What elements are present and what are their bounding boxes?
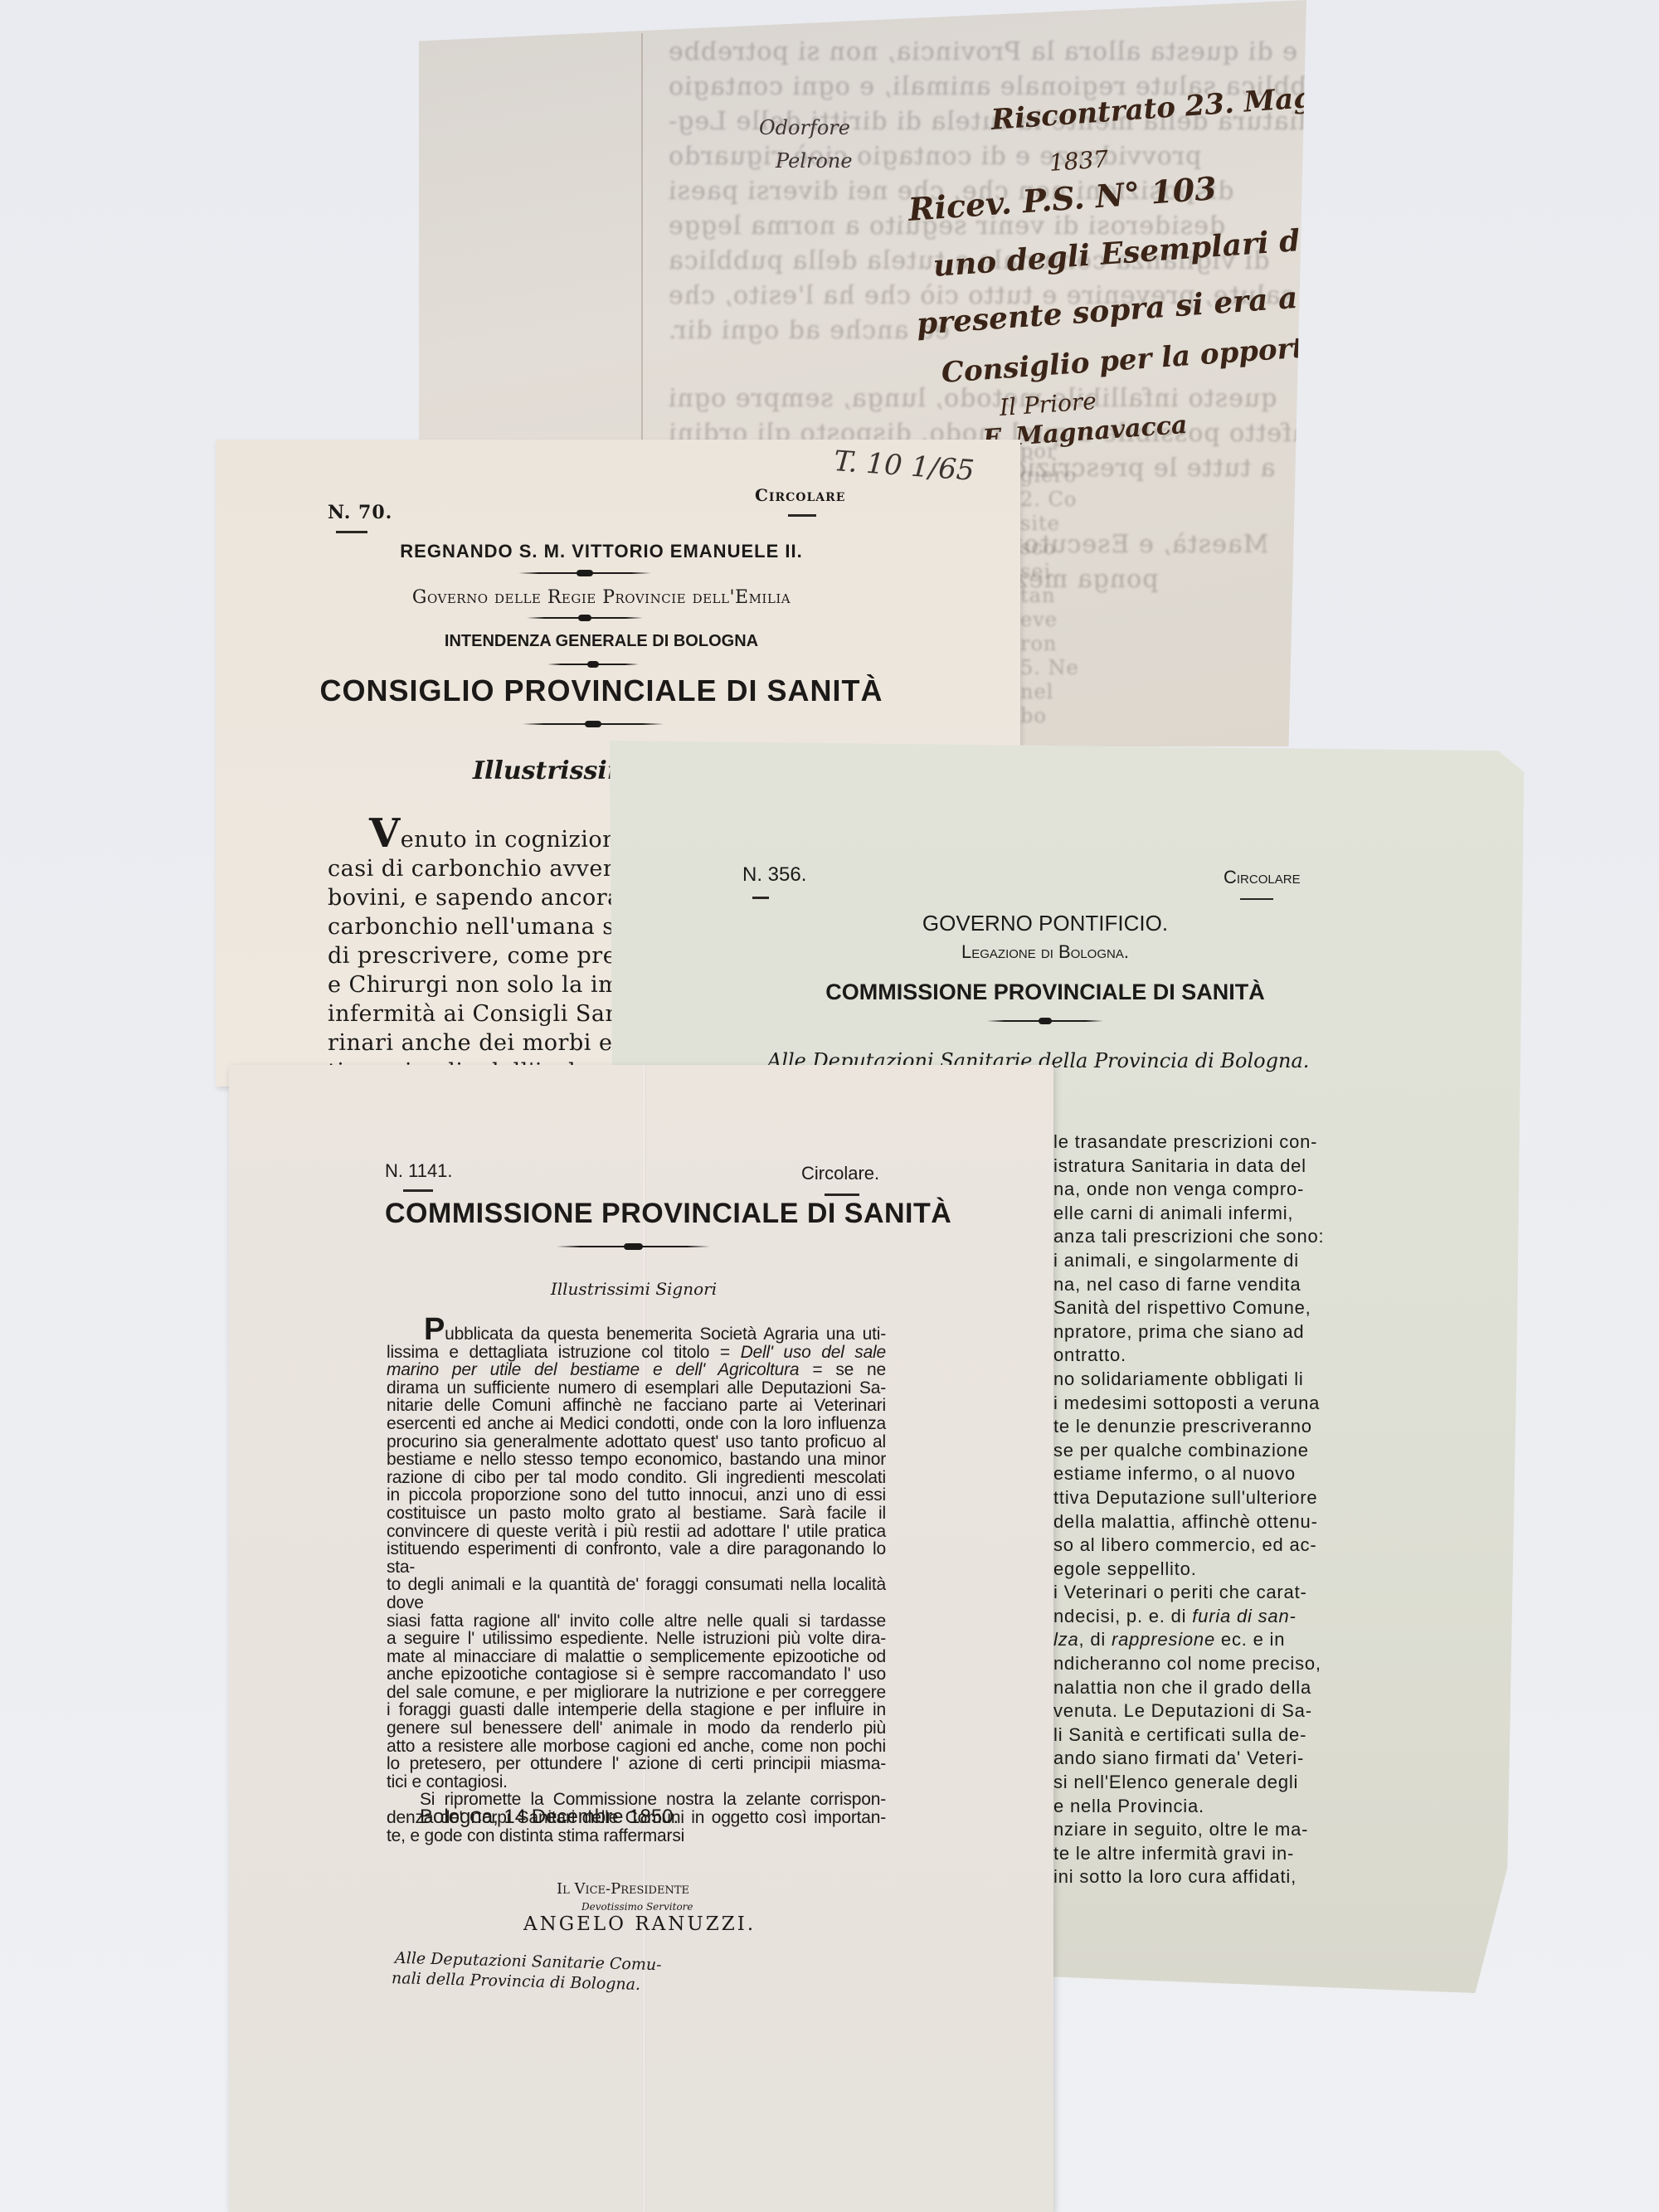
signatory-role: Il Vice-Presidente [557, 1880, 689, 1898]
text-line: istituendo esperimenti di confronto, val… [387, 1540, 886, 1576]
place-and-date: Bologna, 14 Decembre 1850. [420, 1806, 679, 1829]
text-line: Sanità del rispettivo Comune, [1053, 1296, 1335, 1320]
reign-heading: REGNANDO S. M. VITTORIO EMANUELE II. [216, 541, 987, 562]
commission-title: COMMISSIONE PROVINCIALE DI SANITÀ [385, 1198, 883, 1230]
annotation-small-2: Pelrone [776, 149, 853, 173]
text-line: na, nel caso di farne vendita [1053, 1273, 1335, 1297]
bleed-through-fragment: sco [1020, 536, 1056, 559]
handwritten-year: 1837 [1048, 145, 1109, 177]
type-underline [1240, 898, 1273, 900]
text-line: convincere di queste verità i più restii… [387, 1523, 886, 1541]
number-underline [336, 531, 367, 533]
circular-number: N. 1141. [385, 1160, 453, 1182]
text-line: istratura Sanitaria in data del [1053, 1155, 1335, 1179]
text-line: del sale comune, e per migliorare la nut… [387, 1684, 886, 1702]
text-line: nitarie delle Comuni affinchè ne faccian… [387, 1397, 886, 1415]
text-line: atto a resistere alle morbose cagioni ed… [387, 1738, 886, 1756]
text-line: so al libero commercio, ed ac- [1053, 1534, 1335, 1558]
bleed-through-line: e di questa allora la Provincia, non si … [668, 37, 1297, 66]
text-line: dirama un sufficiente numero di esemplar… [387, 1379, 886, 1398]
bleed-through-fragment: eve [1020, 608, 1058, 631]
text-line: procurino sia generalmente adottato ques… [387, 1433, 886, 1451]
ornamental-rule [518, 569, 651, 577]
number-underline [403, 1189, 433, 1192]
text-line: lza, di rappresione ec. e in [1053, 1628, 1335, 1652]
text-line: ndecisi, p. e. di furia di san- [1053, 1605, 1335, 1629]
text-line: ttiva Deputazione sull'ulteriore [1053, 1486, 1335, 1510]
text-line: te le altre infermità gravi in- [1053, 1842, 1335, 1866]
text-line: lissima e dettagliata istruzione col tit… [387, 1344, 886, 1362]
text-line: le trasandate prescrizioni con- [1053, 1130, 1335, 1155]
government-heading: GOVERNO PONTIFICIO. [610, 911, 1481, 936]
circular-type: Circolare [1224, 867, 1301, 888]
circular-number: N. 70. [328, 502, 392, 523]
text-line: ndicheranno col nome preciso, [1053, 1652, 1335, 1676]
text-line: se per qualche combinazione [1053, 1439, 1335, 1463]
bleed-through-fragment: ron [1020, 632, 1057, 655]
text-line: genere sul benessere dell' animale in mo… [387, 1719, 886, 1738]
bleed-through-line: ed anche ad ogni dir. [668, 316, 950, 345]
handwritten-line-5: Il Priore [999, 387, 1097, 421]
text-line: in piccola proporzione sono del tutto in… [387, 1486, 886, 1505]
text-line: i medesimi sottoposti a veruna [1053, 1392, 1335, 1416]
text-line: i Veterinari o periti che carat- [1053, 1581, 1335, 1605]
government-heading: Governo delle Regie Provincie dell'Emili… [216, 587, 987, 608]
text-line: costituisce un pasto molto grato al best… [387, 1505, 886, 1523]
text-line: i foraggi guasti dalle intemperie della … [387, 1701, 886, 1719]
text-line: razione di cibo per tal modo condito. Gl… [387, 1469, 886, 1487]
bleed-through-fragment: sei [1020, 560, 1051, 583]
number-underline [752, 897, 769, 899]
commission-title: COMMISSIONE PROVINCIALE DI SANITÀ [610, 980, 1481, 1005]
text-line: si nell'Elenco generale degli [1053, 1771, 1335, 1795]
text-line: li Sanità e certificati sulla de- [1053, 1723, 1335, 1748]
text-line: to degli animali e la quantità de' forag… [387, 1576, 886, 1612]
text-line: ini sotto la loro cura affidati, [1053, 1865, 1335, 1889]
bleed-through-fragment: site [1020, 512, 1060, 535]
type-underline [788, 514, 816, 517]
office-heading: INTENDENZA GENERALE DI BOLOGNA [216, 632, 987, 651]
bleed-through-fragment: nel [1020, 680, 1053, 703]
salutation: Illustrissimi Signori [385, 1279, 883, 1299]
text-line: mate al minacciare di malattie o semplic… [387, 1648, 886, 1666]
bleed-through-line: questo infallibile metodo, lunga, sempre… [668, 384, 1277, 413]
signatory-name: ANGELO RANUZZI. [523, 1913, 756, 1935]
ornamental-rule [557, 1242, 710, 1251]
handwritten-line-4: Consiglio per la opportuna [941, 327, 1306, 390]
text-line: venuta. Le Deputazioni di Sa- [1053, 1699, 1335, 1723]
ornamental-rule [547, 660, 639, 668]
text-line: Pubblicata da questa benemerita Società … [387, 1322, 886, 1344]
bleed-through-fragment: bo [1020, 704, 1047, 727]
text-line: anza tali prescrizioni che sono: [1053, 1225, 1335, 1249]
legation-heading: Legazione di Bologna. [610, 941, 1481, 963]
text-line: nziare in seguito, oltre le ma- [1053, 1818, 1335, 1842]
council-title: CONSIGLIO PROVINCIALE DI SANITÀ [216, 673, 987, 708]
text-line: esercenti ed anche ai Medici condotti, o… [387, 1415, 886, 1433]
text-line: nalattia non che il grado della [1053, 1676, 1335, 1700]
text-line: bestiame e nello stesso tempo economico,… [387, 1451, 886, 1469]
text-line: siasi fatta ragione all' invito colle al… [387, 1612, 886, 1631]
circular-number: N. 356. [742, 863, 806, 887]
text-line: marino per utile del bestiame e dell' Ag… [387, 1361, 886, 1379]
text-line: ontratto. [1053, 1344, 1335, 1368]
text-line: npratore, prima che siano ad [1053, 1320, 1335, 1344]
circular-n1141-sheet: N. 1141. Circolare. COMMISSIONE PROVINCI… [229, 1065, 1053, 2212]
bleed-through-fragment: giero [1020, 464, 1077, 487]
text-line: e nella Provincia. [1053, 1795, 1335, 1819]
text-line: ando siano firmati da' Veteri- [1053, 1747, 1335, 1771]
text-line: te, e gode con distinta stima raffermars… [387, 1827, 886, 1845]
addressee-line-2: nali della Provincia di Bologna. [392, 1969, 641, 1994]
bleed-through-fragment: 5. Ne [1020, 656, 1079, 679]
ornamental-rule [987, 1017, 1103, 1025]
bleed-through-fragment: tan [1020, 584, 1055, 607]
handwritten-reference: T. 10 1/65 [833, 445, 975, 488]
text-line: te le denunzie prescriveranno [1053, 1415, 1335, 1439]
annotation-small-1: Odorfore [759, 116, 850, 139]
text-line: lo pretesero, per ottundere l' azione di… [387, 1755, 886, 1773]
text-line: na, onde non venga compro- [1053, 1178, 1335, 1202]
ornamental-rule [523, 720, 664, 728]
circular-type: Circolare [755, 485, 845, 505]
circular-type: Circolare. [801, 1163, 879, 1184]
bleed-through-fragment: 2. Co [1020, 488, 1077, 511]
text-line: a seguire l' utilissimo espediente. Nell… [387, 1630, 886, 1648]
text-line: elle carni di animali infermi, [1053, 1202, 1335, 1226]
circular-body-text: Pubblicata da questa benemerita Società … [387, 1322, 886, 1845]
bleed-through-line: provvidenze e di contagio cioè riguardo [668, 142, 1201, 171]
closing-formula: Devotissimo Servitore [581, 1901, 693, 1913]
type-underline [825, 1194, 859, 1196]
text-line: tici e contagiosi. [387, 1773, 886, 1791]
text-line: no solidariamente obbligati li [1053, 1368, 1335, 1392]
text-line: anche epizootiche contagiose si è sempre… [387, 1665, 886, 1684]
ornamental-rule [527, 614, 643, 622]
text-line: egole seppellito. [1053, 1558, 1335, 1582]
text-line: i animali, e singolarmente di [1053, 1249, 1335, 1273]
text-line: della malattia, affinchè ottenu- [1053, 1510, 1335, 1534]
circular-body-text: le trasandate prescrizioni con-istratura… [1053, 1130, 1335, 1889]
text-line: estiame infermo, o al nuovo [1053, 1462, 1335, 1486]
